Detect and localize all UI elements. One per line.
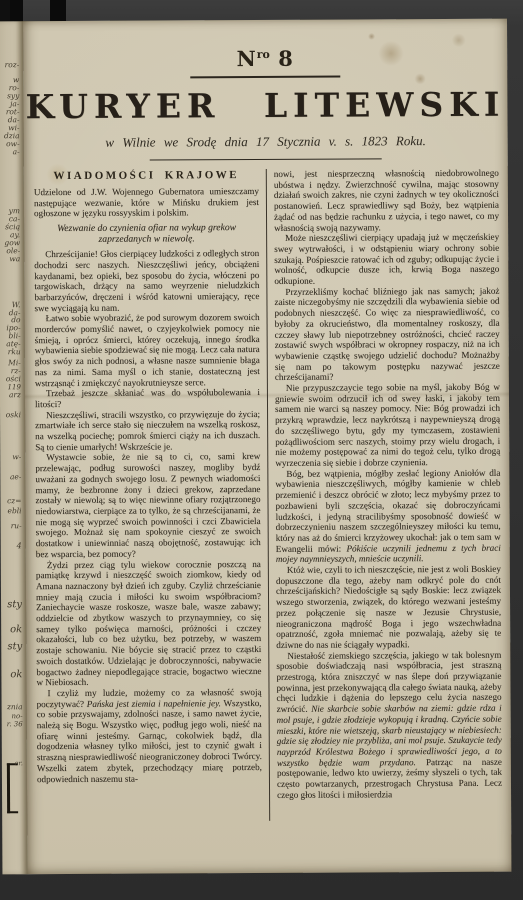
paragraph: Wystawcie sobie, że nie są to ci, co, sa… xyxy=(35,451,261,559)
text-run: Nie przypuszczaycie tego sobie na myśl, … xyxy=(275,382,500,468)
text-run: Któż wie, czyli to ich nieszczęście, nie… xyxy=(276,564,501,650)
text-run: Wszystko, co sobie przyswajamy, zdolnośc… xyxy=(37,698,262,784)
masthead: Nro 8 KURYER LITEWSKI w Wilnie we Srodę … xyxy=(23,19,508,162)
margin-fragment: ebli xyxy=(7,507,21,515)
text-run: nowi, jest niesprzeczną własnością niedo… xyxy=(274,168,499,233)
newspaper-scan: roz-wro-syyja-rot-da-wi-dziaow-a-ymca-śc… xyxy=(0,19,511,875)
paragraph: Któż wie, czyli to ich nieszczęście, nie… xyxy=(276,564,501,651)
text-run: Wystawcie sobie, że nie są to ci, co, sa… xyxy=(35,451,260,559)
italic-text-run: Pańska jest ziemia i napełnienie jey. xyxy=(87,698,221,709)
text-run: Chrześcijanie! Głos cierpiącey ludzkości… xyxy=(34,248,259,313)
newspaper-title: KURYER LITEWSKI xyxy=(23,85,507,127)
paragraph: Bóg, bez wątpienia, mógłby zesłać legion… xyxy=(275,467,501,565)
margin-fragment: w- xyxy=(12,453,21,461)
margin-ornament xyxy=(7,763,18,813)
text-run: Może nieszczęśliwi cierpiący upadają już… xyxy=(274,232,499,286)
paragraph: Może nieszczęśliwi cierpiący upadają już… xyxy=(274,232,499,287)
margin-fragment: a- xyxy=(13,148,20,156)
paragraph: Żydzi przez ciąg tylu wiekow corocznie p… xyxy=(36,558,262,688)
masthead-rule-bottom xyxy=(150,158,382,160)
scan-backdrop: roz-wro-syyja-rot-da-wi-dziaow-a-ymca-śc… xyxy=(0,0,523,900)
issue-number: Nro 8 xyxy=(23,45,507,73)
margin-fragment: rku xyxy=(8,348,21,356)
dateline: w Wilnie we Srodę dnia 17 Stycznia v. s.… xyxy=(24,133,508,152)
margin-fragment: ae- xyxy=(10,473,21,481)
paragraph: Nieszczęśliwi, stracili wszystko, co prz… xyxy=(35,409,260,453)
margin-fragment: sty xyxy=(7,601,22,609)
margin-fragment: wa xyxy=(9,255,20,263)
text-run: Trzebaż jeszcze skłaniać was do współubo… xyxy=(35,387,260,409)
italic-text-run: Wezwanie do czynienia ofiar na wykup gre… xyxy=(57,222,236,245)
left-column: WIADOMOŚCI KRAJOWE Udzielone od J.W. Woj… xyxy=(34,169,269,822)
text-run: Nieszczęśliwi, stracili wszystko, co prz… xyxy=(35,409,260,452)
margin-fragment: 4 xyxy=(17,542,22,550)
paragraph: I czyliż my ludzie, możemy co za własnoś… xyxy=(36,687,262,785)
paragraph: Wezwanie do czynienia ofiar na wykup gre… xyxy=(44,222,249,245)
text-run: Bóg, bez wątpienia, mógłby zesłać legion… xyxy=(275,467,500,553)
text-run: Żydzi przez ciąg tylu wiekow corocznie p… xyxy=(36,558,262,687)
margin-fragment: er. xyxy=(15,759,23,767)
margin-fragment: ości xyxy=(6,375,21,383)
paragraph: Przyrzekliśmy kochać bliźniego jak nas s… xyxy=(274,285,500,383)
margin-fragment: arz xyxy=(9,391,21,399)
paragraph: Łatwo sobie wyobrazić, że pod surowym do… xyxy=(35,312,260,388)
section-heading: WIADOMOŚCI KRAJOWE xyxy=(34,169,259,182)
paragraph: Niestałość ziemskiego szczęścia, jakiego… xyxy=(276,649,502,800)
margin-fragment: roz- xyxy=(5,61,20,69)
margin-fragment: r. 36 xyxy=(7,720,23,728)
masthead-rule-top xyxy=(190,76,340,79)
margin-fragment: ok xyxy=(10,626,22,634)
article-columns: WIADOMOŚCI KRAJOWE Udzielone od J.W. Woj… xyxy=(24,168,511,823)
paragraph: nowi, jest niesprzeczną własnością niedo… xyxy=(274,168,499,233)
paragraph: Nie przypuszczaycie tego sobie na myśl, … xyxy=(275,382,500,469)
margin-fragment: znia xyxy=(7,703,23,711)
right-column: nowi, jest niesprzeczną własnością niedo… xyxy=(266,168,502,821)
margin-fragment: no- xyxy=(12,712,23,720)
margin-fragment: ok xyxy=(10,671,22,679)
paragraph: Udzielone od J.W. Wojennego Gubernatora … xyxy=(34,186,259,219)
newspaper-page: Nro 8 KURYER LITEWSKI w Wilnie we Srodę … xyxy=(23,19,511,875)
text-run: Przyrzekliśmy kochać bliźniego jak nas s… xyxy=(274,285,499,382)
paragraph: Chrześcijanie! Głos cierpiącey ludzkości… xyxy=(34,248,259,313)
margin-fragment: cz= xyxy=(7,497,21,505)
paragraph: Trzebaż jeszcze skłaniać was do współubo… xyxy=(35,387,260,410)
margin-fragment: ru- xyxy=(11,522,22,530)
margin-fragment: sty xyxy=(7,643,22,651)
text-run: Łatwo sobie wyobrazić, że pod surowym do… xyxy=(35,312,260,387)
text-run: Udzielone od J.W. Wojennego Gubernatora … xyxy=(34,186,259,219)
margin-fragment: oski xyxy=(6,411,21,419)
